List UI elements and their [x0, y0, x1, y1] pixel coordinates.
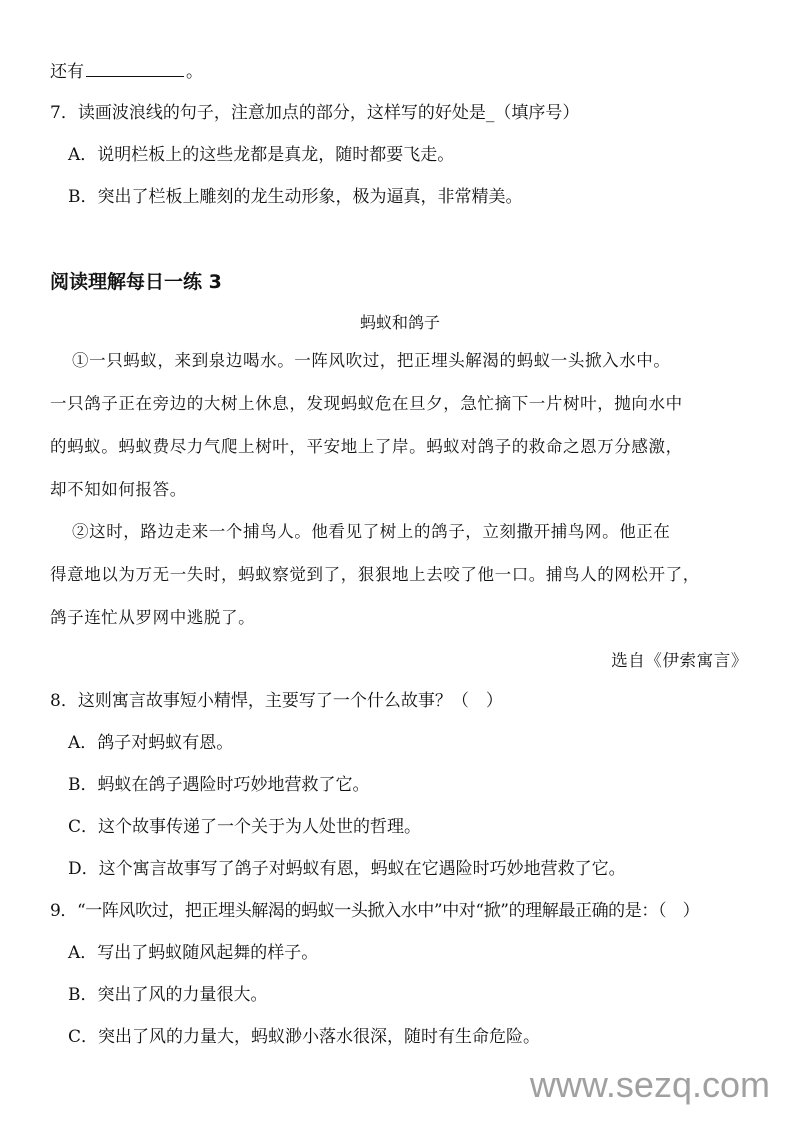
- story-title: 蚂蚁和鸽子: [0, 312, 800, 334]
- watermark: www.sezq.com: [530, 1064, 770, 1106]
- paragraph-1-line-1: ①一只蚂蚁，来到泉边喝水。一阵风吹过，把正埋头解渴的蚂蚁一头掀入水中。: [72, 350, 671, 372]
- question-8-option-c: C．这个故事传递了一个关于为人处世的哲理。: [68, 816, 421, 838]
- paragraph-1-line-4: 却不知如何报答。: [50, 479, 187, 501]
- paragraph-2-line-1: ②这时，路边走来一个捕鸟人。他看见了树上的鸽子，立刻撒开捕鸟网。他正在: [72, 521, 671, 543]
- paragraph-2-line-3: 鸽子连忙从罗网中逃脱了。: [50, 607, 255, 629]
- question-9-option-b: B．突出了风的力量很大。: [68, 984, 268, 1006]
- section-heading: 阅读理解每日一练 3: [50, 270, 222, 294]
- fill-line-suffix: 。: [186, 62, 203, 82]
- question-7-option-b: B．突出了栏板上雕刻的龙生动形象，极为逼真，非常精美。: [68, 186, 523, 208]
- paragraph-1-line-2: 一只鸽子正在旁边的大树上休息，发现蚂蚁危在旦夕，急忙摘下一片树叶，抛向水中: [50, 393, 683, 415]
- question-9-stem: 9．“一阵风吹过，把正埋头解渴的蚂蚁一头掀入水中”中对“掀”的理解最正确的是：（…: [50, 900, 699, 922]
- question-8-option-d: D．这个寓言故事写了鸽子对蚂蚁有恩，蚂蚁在它遇险时巧妙地营救了它。: [68, 858, 626, 880]
- question-8-option-a: A．鸽子对蚂蚁有恩。: [68, 732, 233, 754]
- question-7-stem: 7．读画波浪线的句子，注意加点的部分，这样写的好处是_（填序号）: [50, 102, 579, 124]
- fill-line-prefix: 还有: [50, 62, 84, 82]
- paragraph-1-line-3: 的蚂蚁。蚂蚁费尽力气爬上树叶，平安地上了岸。蚂蚁对鸽子的救命之恩万分感激，: [50, 436, 683, 458]
- story-source: 选自《伊索寓言》: [611, 650, 748, 672]
- question-7-option-a: A．说明栏板上的这些龙都是真龙，随时都要飞走。: [68, 144, 454, 166]
- paragraph-2-line-2: 得意地以为万无一失时，蚂蚁察觉到了，狠狠地上去咬了他一口。捕鸟人的网松开了，: [50, 564, 700, 586]
- question-8-stem: 8．这则寓言故事短小精悍，主要写了一个什么故事？（ ）: [50, 690, 503, 712]
- question-9-option-c: C．突出了风的力量大，蚂蚁渺小落水很深，随时有生命危险。: [68, 1026, 540, 1048]
- question-9-option-a: A．写出了蚂蚁随风起舞的样子。: [68, 942, 318, 964]
- answer-blank[interactable]: [86, 60, 184, 77]
- question-8-option-b: B．蚂蚁在鸽子遇险时巧妙地营救了它。: [68, 774, 370, 796]
- fill-line: 还有。: [50, 60, 203, 83]
